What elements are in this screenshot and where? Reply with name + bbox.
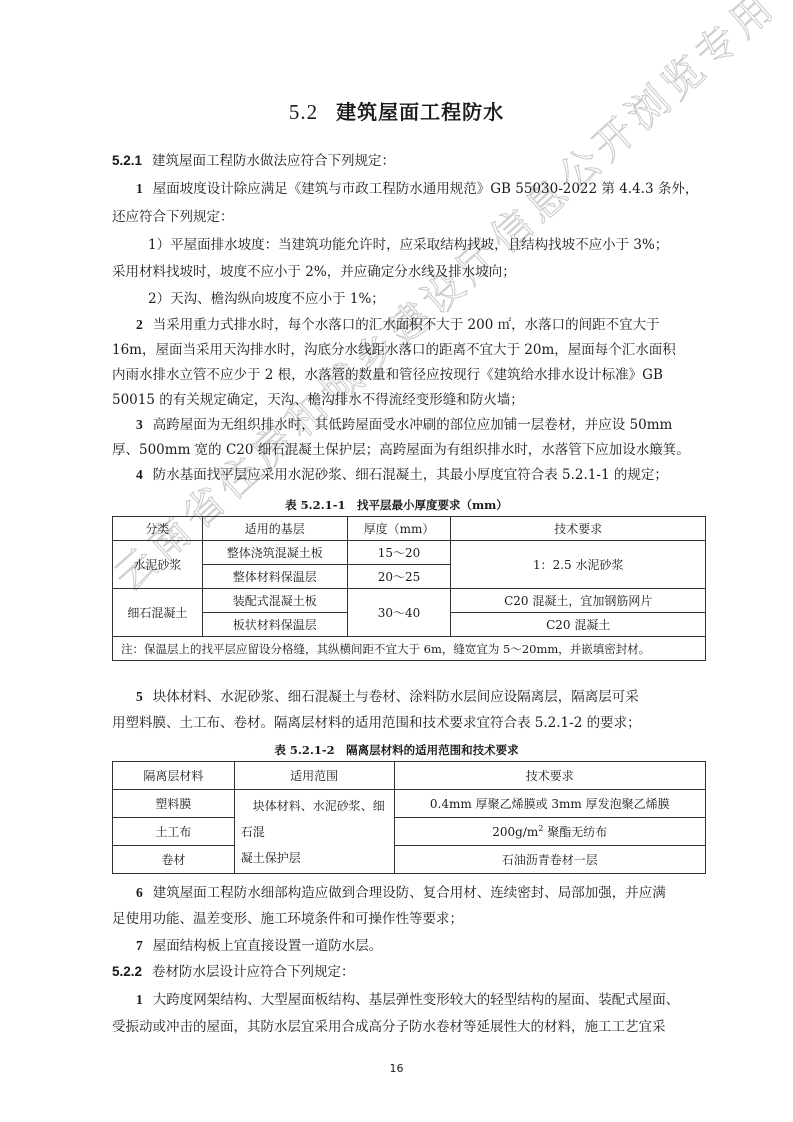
item-1-line1: 1屋面坡度设计除应满足《建筑与市政工程防水通用规范》GB 55030-2022 … — [136, 180, 706, 198]
item-2-line2: 16m，屋面当采用天沟排水时，沟底分水线距水落口的距离不宜大于 20m，屋面每个… — [112, 341, 706, 359]
clause-5-2-2-item-1-line2: 受振动或冲击的屋面，其防水层宜采用合成高分子防水卷材等延展性大的材料，施工工艺宜… — [112, 1018, 706, 1036]
item-2-line4: 50015 的有关规定确定，天沟、檐沟排水不得流经变形缝和防火墙； — [112, 391, 706, 409]
item-6-line1: 6建筑屋面工程防水细部构造应做到合理设防、复合用材、连续密封、局部加强，并应满 — [136, 884, 706, 902]
table-note: 注：保温层上的找平层应留设分格缝，其纵横间距不宜大于 6m，缝宽宜为 5～20m… — [113, 637, 706, 661]
table-header-cell: 技术要求 — [394, 762, 706, 790]
material-cell: 卷材 — [113, 846, 235, 874]
base-cell: 整体浇筑混凝土板 — [202, 541, 347, 565]
table1-caption: 表 5.2.1-1 找平层最小厚度要求（mm） — [0, 497, 793, 513]
thickness-cell: 20～25 — [347, 565, 451, 589]
table2-caption: 表 5.2.1-2 隔离层材料的适用范围和技术要求 — [0, 742, 793, 758]
category-cell: 细石混凝土 — [113, 589, 203, 637]
item-5-line2: 用塑料膜、土工布、卷材。隔离层材料的适用范围和技术要求宜符合表 5.2.1-2 … — [112, 714, 706, 732]
table-header-cell: 适用范围 — [234, 762, 394, 790]
category-cell: 水泥砂浆 — [113, 541, 203, 589]
section-title-text: 建筑屋面工程防水 — [336, 100, 504, 124]
thickness-cell: 30～40 — [347, 589, 451, 637]
table-row: 细石混凝土 装配式混凝土板 30～40 C20 混凝土，宜加钢筋网片 — [113, 589, 706, 613]
page-number: 16 — [0, 1062, 793, 1075]
material-cell: 土工布 — [113, 818, 235, 846]
item-3-line1: 3高跨屋面为无组织排水时，其低跨屋面受水冲刷的部位应加铺一层卷材，并应设 50m… — [136, 416, 706, 434]
item-1-line2: 还应符合下列规定： — [112, 208, 706, 226]
table-note-row: 注：保温层上的找平层应留设分格缝，其纵横间距不宜大于 6m，缝宽宜为 5～20m… — [113, 637, 706, 661]
document-page: 云南省住房和城乡建设厅信息公开浏览专用 5.2建筑屋面工程防水 5.2.1建筑屋… — [0, 0, 793, 1122]
item-7: 7屋面结构板上宜直接设置一道防水层。 — [136, 937, 730, 955]
item-4-line1: 4防水基面找平层应采用水泥砂浆、细石混凝土，其最小厚度宜符合表 5.2.1-1 … — [136, 466, 706, 484]
clause-5-2-1: 5.2.1建筑屋面工程防水做法应符合下列规定： — [112, 152, 706, 170]
table-row: 水泥砂浆 整体浇筑混凝土板 15～20 1：2.5 水泥砂浆 — [113, 541, 706, 565]
item-2-line3: 内雨水排水立管不应少于 2 根，水落管的数量和管径应按现行《建筑给水排水设计标准… — [112, 366, 706, 384]
table-header-cell: 适用的基层 — [202, 517, 347, 541]
requirement-cell: 0.4mm 厚聚乙烯膜或 3mm 厚发泡聚乙烯膜 — [394, 790, 706, 818]
clause-5-2-2-item-1-line1: 1大跨度网架结构、大型屋面板结构、基层弹性变形较大的轻型结构的屋面、装配式屋面、 — [136, 991, 706, 1009]
thickness-cell: 15～20 — [347, 541, 451, 565]
requirement-cell: 1：2.5 水泥砂浆 — [451, 541, 706, 589]
table-header-cell: 技术要求 — [451, 517, 706, 541]
item-5-line1: 5块体材料、水泥砂浆、细石混凝土与卷材、涂料防水层间应设隔离层，隔离层可采 — [136, 688, 706, 706]
item-2-line1: 2当采用重力式排水时，每个水落口的汇水面积不大于 200 ㎡，水落口的间距不宜大… — [136, 316, 706, 334]
item-6-line2: 足使用功能、温差变形、施工环境条件和可操作性等要求； — [112, 910, 706, 928]
table-row: 塑料膜 块体材料、水泥砂浆、细石混 凝土保护层 0.4mm 厚聚乙烯膜或 3mm… — [113, 790, 706, 818]
table-isolation-layer-materials: 隔离层材料 适用范围 技术要求 塑料膜 块体材料、水泥砂浆、细石混 凝土保护层 … — [112, 761, 706, 874]
requirement-cell: 石油沥青卷材一层 — [394, 846, 706, 874]
item-1-sub1-line1: 1）平屋面排水坡度：当建筑功能允许时，应采取结构找坡，且结构找坡不应小于 3%； — [148, 236, 706, 254]
table-leveling-layer-thickness: 分类 适用的基层 厚度（mm） 技术要求 水泥砂浆 整体浇筑混凝土板 15～20… — [112, 516, 706, 661]
table-header-cell: 分类 — [113, 517, 203, 541]
requirement-cell: C20 混凝土，宜加钢筋网片 — [451, 589, 706, 613]
table-header-row: 分类 适用的基层 厚度（mm） 技术要求 — [113, 517, 706, 541]
scope-cell: 块体材料、水泥砂浆、细石混 凝土保护层 — [234, 790, 394, 874]
table-row: 土工布 200g/m2 聚酯无纺布 — [113, 818, 706, 846]
section-number: 5.2 — [289, 100, 318, 124]
table-row: 卷材 石油沥青卷材一层 — [113, 846, 706, 874]
base-cell: 板状材料保温层 — [202, 613, 347, 637]
requirement-cell: C20 混凝土 — [451, 613, 706, 637]
item-1-sub1-line2: 采用材料找坡时，坡度不应小于 2%，并应确定分水线及排水坡向； — [112, 263, 706, 281]
item-1-sub2: 2）天沟、檐沟纵向坡度不应小于 1%； — [148, 290, 742, 308]
requirement-cell: 200g/m2 聚酯无纺布 — [394, 818, 706, 846]
section-title: 5.2建筑屋面工程防水 — [0, 96, 793, 125]
base-cell: 整体材料保温层 — [202, 565, 347, 589]
item-3-line2: 厚、500mm 宽的 C20 细石混凝土保护层；高跨屋面为有组织排水时，水落管下… — [112, 441, 706, 459]
table-header-cell: 厚度（mm） — [347, 517, 451, 541]
table-header-cell: 隔离层材料 — [113, 762, 235, 790]
material-cell: 塑料膜 — [113, 790, 235, 818]
base-cell: 装配式混凝土板 — [202, 589, 347, 613]
table-header-row: 隔离层材料 适用范围 技术要求 — [113, 762, 706, 790]
clause-5-2-2: 5.2.2卷材防水层设计应符合下列规定： — [112, 963, 706, 981]
